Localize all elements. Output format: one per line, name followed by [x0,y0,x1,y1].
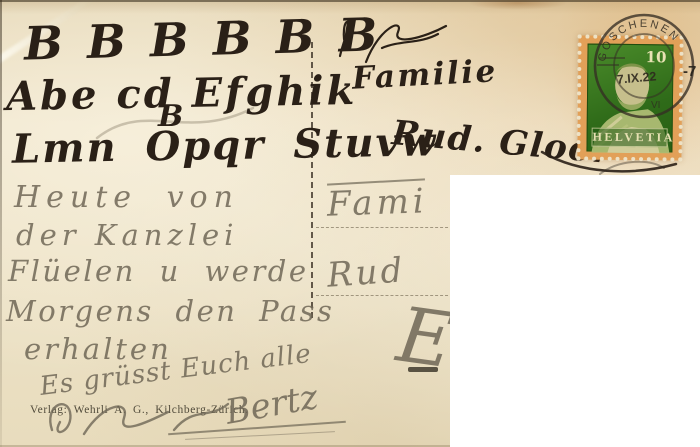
ink-practice-line-1: B B B B B B [23,11,381,66]
postmark-time: -7 [683,63,696,80]
pencil-message-line-1: Heute von [14,183,239,213]
address-rule-1 [316,227,453,228]
postmark-town: GÖSCHENEN [596,18,682,63]
postmark-date: 7.IX.22 [616,69,657,86]
address-line-familie: Familie [351,56,498,95]
pencil-message-line-2: der Kanzlei [16,221,238,250]
pencil-initial-e: E [393,297,459,380]
postcard-photo: Verlag: Wehrli A. G., Kilchberg-Zürich. … [0,0,700,447]
postmark-stamp: GÖSCHENEN 7.IX.22 VI -7 [585,8,700,130]
stamp-country-label: HELVETIA [591,128,667,148]
postmark-index: VI [651,100,660,111]
pencil-signature: Bertz [223,380,320,430]
pencil-address-rud: Rud [326,253,406,292]
ink-practice-superscript: B [158,102,183,132]
ink-practice-line-3: Lmn Opqr Stuvw [12,122,438,169]
svg-text:GÖSCHENEN: GÖSCHENEN [596,18,682,63]
pencil-address-fami: Fami [326,184,428,221]
pencil-message-line-4: Morgens den Pass [6,297,334,326]
photo-edge-top [0,0,700,2]
photo-edge-left [0,0,2,447]
pencil-message-line-3: Flüelen u werde [8,257,309,286]
white-patch-overlay [450,175,700,447]
